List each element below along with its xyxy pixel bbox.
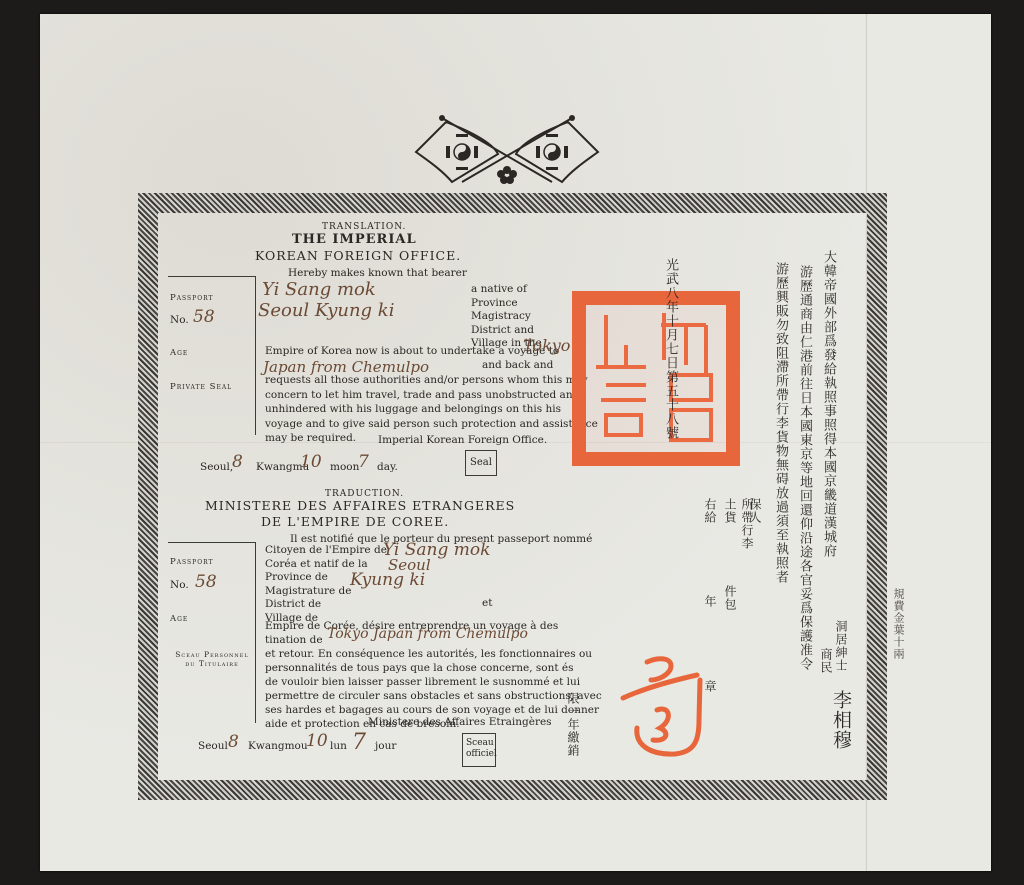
- english-body-line1: Empire of Korea now is about to undertak…: [265, 344, 559, 359]
- english-title-line2: KOREAN FOREIGN OFFICE.: [255, 248, 461, 263]
- french-date-month-label: lun: [330, 739, 347, 754]
- body-line: de vouloir bien laisser passer librement…: [265, 675, 602, 689]
- native-line: a native of: [471, 283, 542, 297]
- english-no-label: No.: [170, 313, 189, 328]
- body-line: unhindered with his luggage and belongin…: [265, 402, 598, 417]
- body-line: voyage and to give said person such prot…: [265, 417, 598, 432]
- foreign-office-seal: [572, 291, 740, 466]
- english-body-line2-tail: and back and: [482, 358, 553, 373]
- french-seal-box: Sceau officiel: [462, 733, 496, 767]
- private-seal-line2: du Titulaire: [170, 659, 254, 668]
- english-signature: Imperial Korean Foreign Office.: [378, 433, 547, 448]
- english-title-line1: THE IMPERIAL: [292, 232, 417, 247]
- english-kicker: TRANSLATION.: [322, 222, 406, 232]
- chinese-column-2: 游歷通商由仁港前往日本國東京等地回還仰沿途各官妥爲保護准令: [796, 265, 812, 765]
- english-date-day: 7: [358, 452, 369, 472]
- body-line: et retour. En conséquence les autorités,…: [265, 647, 602, 661]
- field-line: District de: [265, 598, 387, 612]
- english-age-label: Age: [170, 348, 188, 358]
- native-line: District and: [471, 324, 542, 338]
- french-no-label: No.: [170, 578, 189, 593]
- french-et: et: [482, 596, 492, 611]
- english-date-month-label: moon: [330, 460, 359, 475]
- english-date-place: Seoul,: [200, 460, 233, 475]
- body-line: concern to let him travel, trade and pas…: [265, 388, 598, 403]
- chinese-packages: 件包: [722, 585, 739, 611]
- french-date-place: Seoul: [198, 739, 228, 754]
- french-title-line2: DE L'EMPIRE DE COREE.: [261, 514, 449, 529]
- chinese-issued-to: 右給: [702, 498, 719, 524]
- destination-handwritten: Tokyo: [523, 336, 570, 355]
- chinese-names-top: 洞居紳士: [833, 620, 850, 672]
- bearer-name-handwritten: Yi Sang mok: [262, 279, 376, 300]
- chinese-year: 年: [702, 595, 719, 608]
- french-date-day-label: jour: [375, 739, 396, 754]
- french-sidebar-box: [168, 542, 256, 723]
- body-line: permettre de circuler sans obstacles et …: [265, 689, 602, 703]
- french-route-handwritten: Tokyo Japan from Chemulpo: [327, 626, 528, 642]
- english-seal-box: Seal: [465, 450, 497, 476]
- chinese-luggage: 所帶行李土貨: [722, 498, 756, 558]
- native-line: Magistracy: [471, 310, 542, 324]
- english-date-month: 10: [300, 452, 322, 472]
- english-private-seal-label: Private Seal: [170, 382, 232, 392]
- french-date-month: 10: [306, 731, 328, 751]
- english-date-year: 8: [232, 452, 243, 472]
- french-date-day: 7: [352, 730, 366, 755]
- french-age-label: Age: [170, 614, 188, 624]
- french-province-handwritten: Kyung ki: [350, 570, 425, 590]
- red-signature-seal-icon: [615, 650, 710, 760]
- french-signature: Ministere des Affaires Etraingères: [368, 715, 552, 730]
- english-passport-label: Passport: [170, 293, 214, 303]
- chinese-bearer-name: 李相穆: [828, 690, 855, 750]
- body-line: requests all those authorities and/or pe…: [265, 373, 598, 388]
- crossed-flags-emblem-icon: [412, 112, 602, 190]
- french-private-seal-label: Sceau Personnel du Titulaire: [170, 650, 254, 668]
- french-passport-label: Passport: [170, 557, 214, 567]
- body-line: personnalités de tous pays que la chose …: [265, 661, 602, 675]
- chinese-column-1: 大韓帝國外部爲發給執照事照得本國京畿道漢城府: [820, 250, 836, 558]
- french-date-era: Kwangmou: [248, 739, 308, 754]
- field-line: Citoyen de l'Empire de: [265, 544, 387, 558]
- english-passport-number: 58: [193, 307, 215, 327]
- chinese-date-column: 光武八年十月七日第五十八號: [662, 258, 678, 440]
- french-title-line1: MINISTERE DES AFFAIRES ETRANGERES: [205, 498, 515, 513]
- english-date-day-label: day.: [377, 460, 398, 475]
- seal-glyphs-icon: [586, 305, 726, 452]
- chinese-column-3: 游歷興販勿致阻滯所帶行李貨物無碍放過須至執照者: [772, 262, 788, 584]
- french-passport-number: 58: [195, 572, 217, 592]
- bearer-origin-handwritten: Seoul Kyung ki: [258, 300, 394, 321]
- chinese-expiry: 限一年繳銷: [565, 692, 582, 757]
- chinese-names-bottom: 商民: [818, 648, 835, 674]
- field-line: Coréa et natif de la: [265, 558, 387, 572]
- private-seal-line1: Sceau Personnel: [170, 650, 254, 659]
- french-body-line2-head: tination de: [265, 633, 323, 648]
- chinese-fee: 規費金葉十兩: [890, 588, 906, 660]
- french-date-year: 8: [228, 732, 239, 752]
- native-line: Province: [471, 297, 542, 311]
